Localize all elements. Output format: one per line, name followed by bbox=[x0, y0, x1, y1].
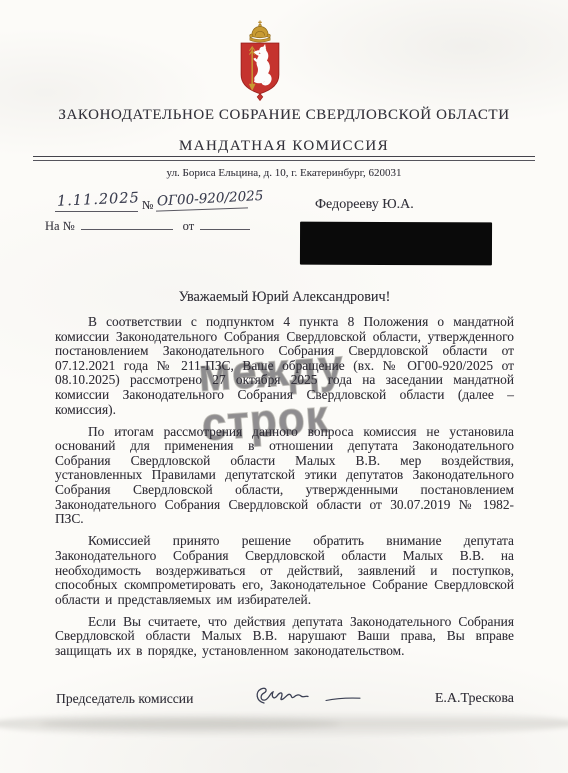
body-paragraph-3: Комиссией принято решение обратить внима… bbox=[55, 534, 514, 607]
handwritten-signature-icon bbox=[250, 684, 410, 712]
reply-number-label: На № bbox=[45, 219, 75, 233]
outgoing-number-handwritten: ОГ00-920/2025 bbox=[157, 189, 253, 210]
letterhead-divider bbox=[33, 156, 535, 161]
outgoing-date-handwritten: 1.11.2025 bbox=[57, 190, 138, 209]
redacted-address-box bbox=[300, 222, 492, 266]
addressee-name: Федорееву Ю.А. bbox=[315, 197, 414, 213]
body-paragraph-2: По итогам рассмотрения данного вопроса к… bbox=[55, 425, 514, 527]
sverdlovsk-coat-of-arms-icon bbox=[237, 19, 283, 103]
letter-body: Уважаемый Юрий Александрович! В соответс… bbox=[55, 289, 514, 666]
reply-number-blank bbox=[81, 218, 173, 230]
signature-title: Председатель комиссии bbox=[56, 691, 193, 707]
body-paragraph-1: В соответствии с подпунктом 4 пункта 8 П… bbox=[55, 315, 514, 417]
reply-date-blank bbox=[200, 218, 250, 230]
number-sign: № bbox=[142, 198, 153, 213]
organization-title: ЗАКОНОДАТЕЛЬНОЕ СОБРАНИЕ СВЕРДЛОВСКОЙ ОБ… bbox=[0, 107, 568, 124]
salutation: Уважаемый Юрий Александрович! bbox=[55, 289, 514, 306]
body-paragraph-4: Если Вы считаете, что действия депутата … bbox=[55, 615, 514, 659]
scanned-letter-page: ЗАКОНОДАТЕЛЬНОЕ СОБРАНИЕ СВЕРДЛОВСКОЙ ОБ… bbox=[0, 0, 568, 773]
signature-name: Е.А.Трескова bbox=[435, 691, 514, 707]
scan-shadow-patch bbox=[40, 718, 340, 730]
reply-from-label: от bbox=[183, 219, 195, 233]
reply-reference-row: На №от bbox=[45, 218, 250, 234]
organization-address: ул. Бориса Ельцина, д. 10, г. Екатеринбу… bbox=[0, 167, 568, 179]
commission-title: МАНДАТНАЯ КОМИССИЯ bbox=[0, 138, 568, 155]
date-underline bbox=[55, 211, 138, 212]
crown-icon bbox=[250, 21, 271, 43]
